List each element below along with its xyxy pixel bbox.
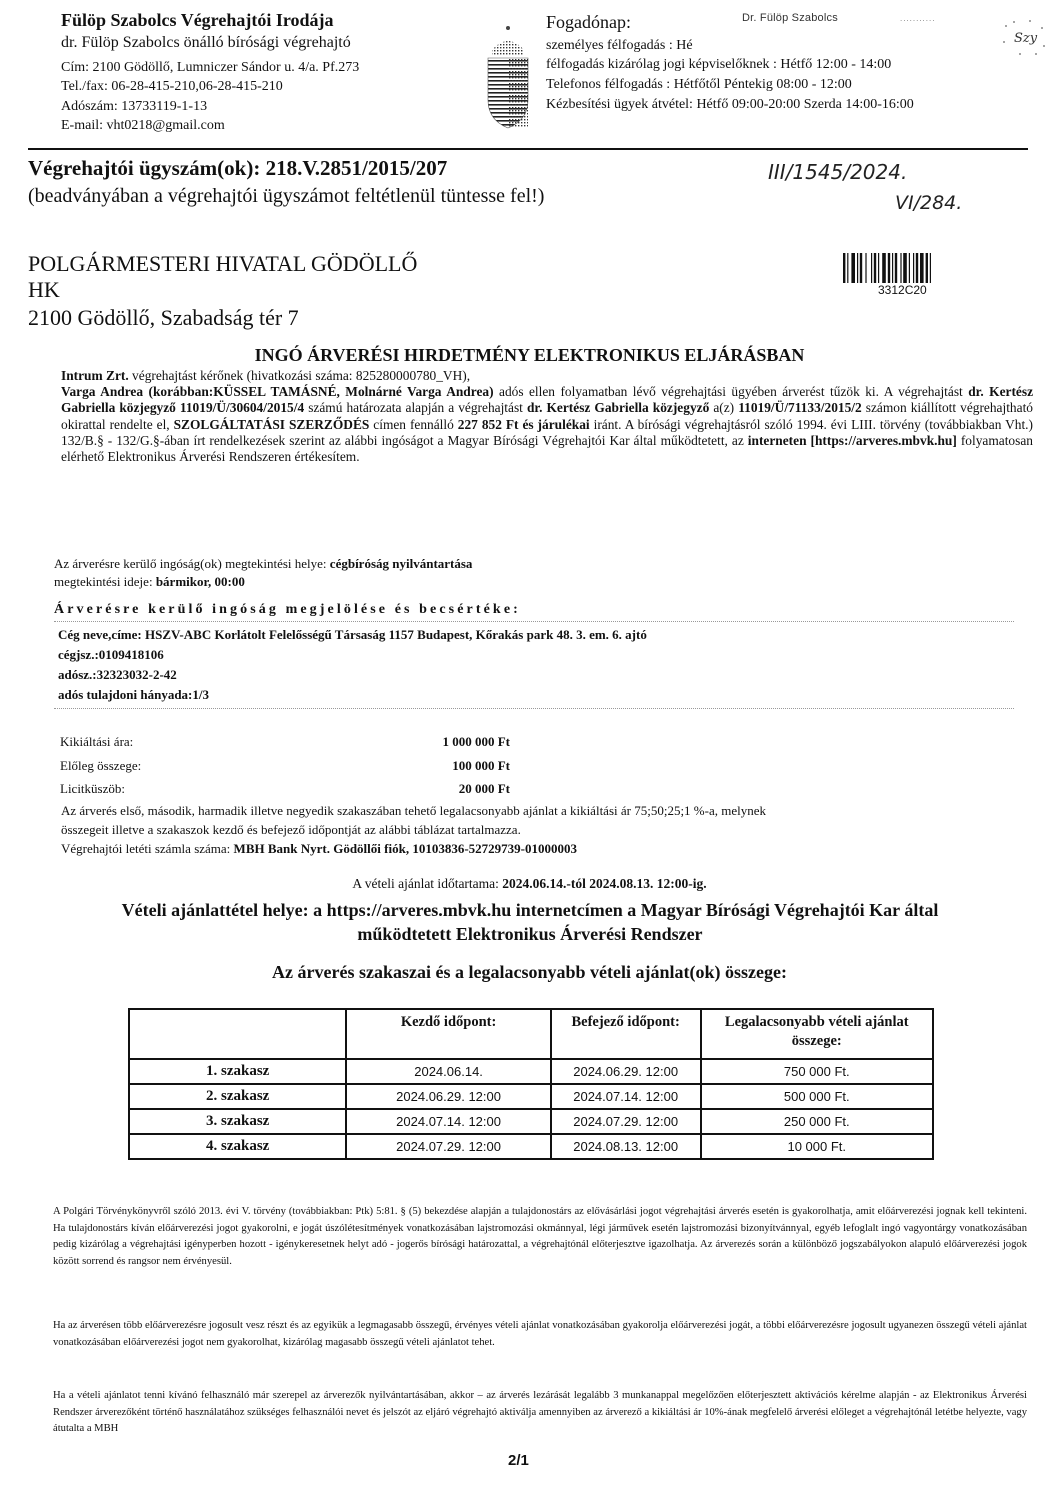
page-number: 2/1 [508, 1452, 529, 1469]
item-bottom-divider [54, 708, 1014, 709]
reception-line-4: Kézbesítési ügyek átvétel: Hétfő 09:00-2… [546, 97, 914, 113]
office-tax-number: Adószám: 13733119-1-13 [61, 99, 207, 115]
office-name: Fülöp Szabolcs Végrehajtói Irodája [61, 10, 334, 31]
min-offer-cell: 750 000 Ft. [701, 1059, 934, 1084]
legal-paragraph-3: Ha a vételi ajánlatot tenni kívánó felha… [53, 1388, 1027, 1438]
escrow-account: Végrehajtói letéti számla száma: MBH Ban… [61, 841, 577, 857]
stamp-dots: ........... [900, 14, 935, 23]
offer-place: Vételi ajánlattétel helye: a https://arv… [60, 898, 1000, 946]
recipient-dept: HK [28, 277, 60, 303]
coat-of-arms-icon [482, 20, 534, 132]
item-tax-number: adósz.:32323032-2-42 [58, 667, 177, 683]
bid-increment-label: Licitküszöb: [60, 781, 125, 797]
stamp-text: Dr. Fülöp Szabolcs [742, 12, 838, 24]
min-offer-cell: 500 000 Ft. [701, 1084, 934, 1109]
office-email: E-mail: vht0218@gmail.com [61, 118, 225, 134]
header-cell: Legalacsonyabb vételi ajánlat összege: [701, 1009, 934, 1059]
starting-price-value: 1 000 000 Ft [310, 734, 510, 750]
end-time-cell: 2024.08.13. 12:00 [551, 1134, 701, 1159]
handwritten-registry-number: III/1545/2024. [768, 160, 907, 184]
reception-line-3: Telefonos félfogadás : Hétfőtől Péntekig… [546, 77, 852, 93]
header-cell: Befejező időpont: [551, 1009, 701, 1059]
barcode-icon [843, 253, 963, 283]
svg-text:Szy: Szy [1014, 31, 1038, 46]
stages-table: Kezdő időpont: Befejező időpont: Legalac… [128, 1008, 934, 1160]
reception-line-1: személyes félfogadás : Hé [546, 38, 693, 54]
header-divider [28, 148, 1028, 150]
min-offer-cell: 250 000 Ft. [701, 1109, 934, 1134]
handwritten-sub-number: VI/284. [895, 192, 962, 214]
start-time-cell: 2024.06.14. [346, 1059, 550, 1084]
item-top-divider [54, 621, 1014, 622]
table-row: 4. szakasz2024.07.29. 12:002024.08.13. 1… [129, 1134, 933, 1159]
stage-name-cell: 3. szakasz [129, 1109, 346, 1134]
legal-paragraph-2: Ha az árverésen több előárverezésre jogo… [53, 1318, 1027, 1351]
officer-name: dr. Fülöp Szabolcs önálló bírósági végre… [61, 34, 351, 52]
reception-line-2: félfogadás kizárólag jogi képviselőknek … [546, 57, 891, 73]
end-time-cell: 2024.07.14. 12:00 [551, 1084, 701, 1109]
offer-period: A vételi ajánlat időtartama: 2024.06.14.… [0, 876, 1059, 892]
start-time-cell: 2024.07.29. 12:00 [346, 1134, 550, 1159]
deposit-label: Előleg összege: [60, 758, 141, 774]
stage-info-line-2: összegeit illetve a szakaszok kezdő és b… [61, 822, 521, 838]
end-time-cell: 2024.06.29. 12:00 [551, 1059, 701, 1084]
deposit-value: 100 000 Ft [310, 758, 510, 774]
min-offer-cell: 10 000 Ft. [701, 1134, 934, 1159]
recipient-address: 2100 Gödöllő, Szabadság tér 7 [28, 305, 299, 331]
viewing-place: Az árverésre kerülő ingóság(ok) megtekin… [54, 556, 472, 572]
start-time-cell: 2024.07.14. 12:00 [346, 1109, 550, 1134]
signature-mark-icon: Szy [1000, 18, 1048, 58]
item-ownership-share: adós tulajdoni hányada:1/3 [58, 687, 209, 703]
item-registry-number: cégjsz.:0109418106 [58, 647, 164, 663]
starting-price-label: Kikiáltási ára: [60, 734, 133, 750]
stage-name-cell: 1. szakasz [129, 1059, 346, 1084]
recipient-name: POLGÁRMESTERI HIVATAL GÖDÖLLŐ [28, 251, 417, 277]
table-row: 1. szakasz2024.06.14.2024.06.29. 12:0075… [129, 1059, 933, 1084]
stages-table-header: Kezdő időpont: Befejező időpont: Legalac… [129, 1009, 933, 1059]
viewing-time: megtekintési ideje: bármikor, 00:00 [54, 574, 245, 590]
intro-paragraph: Intrum Zrt. végrehajtást kérőnek (hivatk… [61, 368, 1033, 465]
case-number: Végrehajtói ügyszám(ok): 218.V.2851/2015… [28, 156, 447, 181]
table-row: 2. szakasz2024.06.29. 12:002024.07.14. 1… [129, 1084, 933, 1109]
bid-increment-value: 20 000 Ft [310, 781, 510, 797]
stage-name-cell: 2. szakasz [129, 1084, 346, 1109]
stage-name-cell: 4. szakasz [129, 1134, 346, 1159]
item-section-title: Árverésre kerülő ingóság megjelölése és … [54, 602, 521, 618]
legal-paragraph-1: A Polgári Törvénykönyvről szóló 2013. év… [53, 1204, 1027, 1270]
reception-title: Fogadónap: [546, 12, 631, 33]
end-time-cell: 2024.07.29. 12:00 [551, 1109, 701, 1134]
table-row: 3. szakasz2024.07.14. 12:002024.07.29. 1… [129, 1109, 933, 1134]
case-note: (beadványában a végrehajtói ügyszámot fe… [28, 185, 544, 208]
item-company: Cég neve,címe: HSZV-ABC Korlátolt Felelő… [58, 627, 647, 643]
stages-table-title: Az árverés szakaszai és a legalacsonyabb… [0, 962, 1059, 983]
header-cell: Kezdő időpont: [346, 1009, 550, 1059]
header-cell [129, 1009, 346, 1059]
start-time-cell: 2024.06.29. 12:00 [346, 1084, 550, 1109]
barcode-number: 3312C20 [878, 283, 927, 297]
notice-title: INGÓ ÁRVERÉSI HIRDETMÉNY ELEKTRONIKUS EL… [0, 345, 1059, 366]
office-phone: Tel./fax: 06-28-415-210,06-28-415-210 [61, 79, 283, 95]
stage-info-line-1: Az árverés első, második, harmadik illet… [61, 803, 766, 819]
office-address: Cím: 2100 Gödöllő, Lumniczer Sándor u. 4… [61, 60, 359, 76]
